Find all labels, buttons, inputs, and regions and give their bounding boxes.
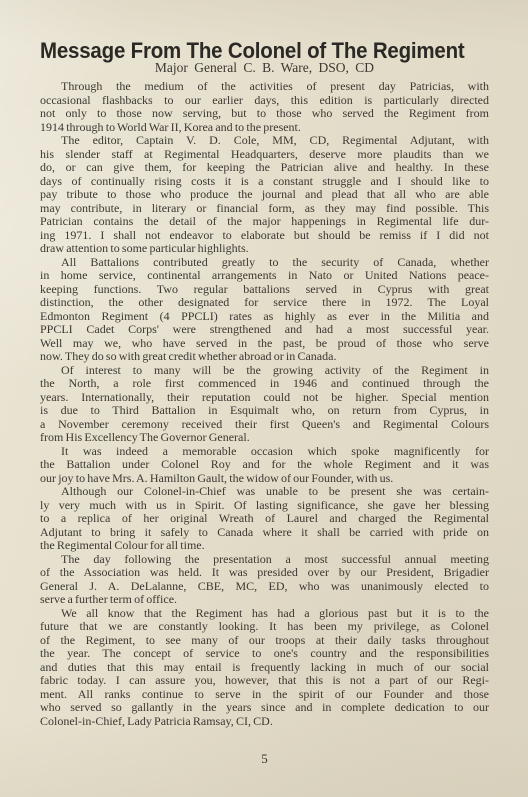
text-line: in home service, continental arrangement… [40,269,489,283]
text-line: It was indeed a memorable occasion which… [40,445,489,459]
text-line: and duties that this may entail is frequ… [40,661,489,675]
text-line: ing 1971. I shall not endeavor to elabor… [40,229,489,243]
text-line: ly very much with us in Spirit. Of lasti… [40,499,489,513]
text-line: General J. A. DeLalanne, CBE, MC, ED, wh… [40,580,489,594]
text-line: days of continually rising costs it is a… [40,175,489,189]
text-line: Edmonton Regiment (4 PPCLI) rates as hig… [40,310,489,324]
text-line: Adjutant to bring it safely to Canada wh… [40,526,489,540]
text-line: occasional flashbacks to our earlier day… [40,94,489,108]
text-line: future that we are constantly looking. I… [40,620,489,634]
text-line: pay tribute to those who produce the jou… [40,188,489,202]
paragraph-8: We all know that the Regiment has had a … [40,607,489,729]
text-line: may contribute, in literary or financial… [40,202,489,216]
text-line: We all know that the Regiment has had a … [40,607,489,621]
text-line: serve a further term of office. [40,593,489,607]
text-line: to a replica of her original Wreath of L… [40,512,489,526]
text-line: the Regimental Colour for all time. [40,539,489,553]
text-line: keeping functions. Two regular battalion… [40,283,489,297]
text-line: Through the medium of the activities of … [40,80,489,94]
text-line: from His Excellency The Governor General… [40,431,489,445]
text-line: the Battalion under Colonel Roy and for … [40,458,489,472]
text-line: a November ceremony received their first… [40,418,489,432]
byline: Major General C. B. Ware, DSO, CD [40,60,489,76]
paragraph-1: Through the medium of the activities of … [40,80,489,134]
text-line: ment. All ranks continue to serve in the… [40,688,489,702]
text-line: fabric today. I can assure you, however,… [40,674,489,688]
text-line: of the Regiment, to see many of our troo… [40,634,489,648]
text-line: our joy to have Mrs. A. Hamilton Gault, … [40,472,489,486]
text-line: Patrician contains the detail of the maj… [40,215,489,229]
text-line: the year. The concept of service to one'… [40,647,489,661]
paragraph-4: Of interest to many will be the growing … [40,364,489,445]
text-line: PPCLI Cadet Corps' were strengthened and… [40,323,489,337]
text-line: draw attention to some particular highli… [40,242,489,256]
text-line: Colonel-in-Chief, Lady Patricia Ramsay, … [40,715,489,729]
paragraph-3: All Battalions contributed greatly to th… [40,256,489,364]
paragraph-7: The day following the presentation a mos… [40,553,489,607]
text-line: 1914 through to World War II, Korea and … [40,121,489,135]
text-line: Well may we, who have served in the past… [40,337,489,351]
body-text: Through the medium of the activities of … [40,80,489,728]
text-line: now. They do so with great credit whethe… [40,350,489,364]
text-line: of the Association was held. It was pres… [40,566,489,580]
text-line: distinction, the other designated for se… [40,296,489,310]
paragraph-2: The editor, Captain V. D. Cole, MM, CD, … [40,134,489,256]
text-line: years. Internationally, their reputation… [40,391,489,405]
text-line: the North, a role first commenced in 194… [40,377,489,391]
text-line: his slender staff at Regimental Headquar… [40,148,489,162]
text-line: Although our Colonel-in-Chief was unable… [40,485,489,499]
paragraph-5: It was indeed a memorable occasion which… [40,445,489,486]
text-line: The day following the presentation a mos… [40,553,489,567]
text-line: Of interest to many will be the growing … [40,364,489,378]
text-line: The editor, Captain V. D. Cole, MM, CD, … [40,134,489,148]
text-line: is due to Third Battalion in Esquimalt w… [40,404,489,418]
text-line: do, or can give them, for keeping the Pa… [40,161,489,175]
paragraph-6: Although our Colonel-in-Chief was unable… [40,485,489,553]
text-line: who served so gallantly in the years sin… [40,701,489,715]
text-line: not only to those now serving, but to th… [40,107,489,121]
text-line: All Battalions contributed greatly to th… [40,256,489,270]
page-title: Message From The Colonel of The Regiment [40,29,490,57]
page-number: 5 [40,751,489,767]
